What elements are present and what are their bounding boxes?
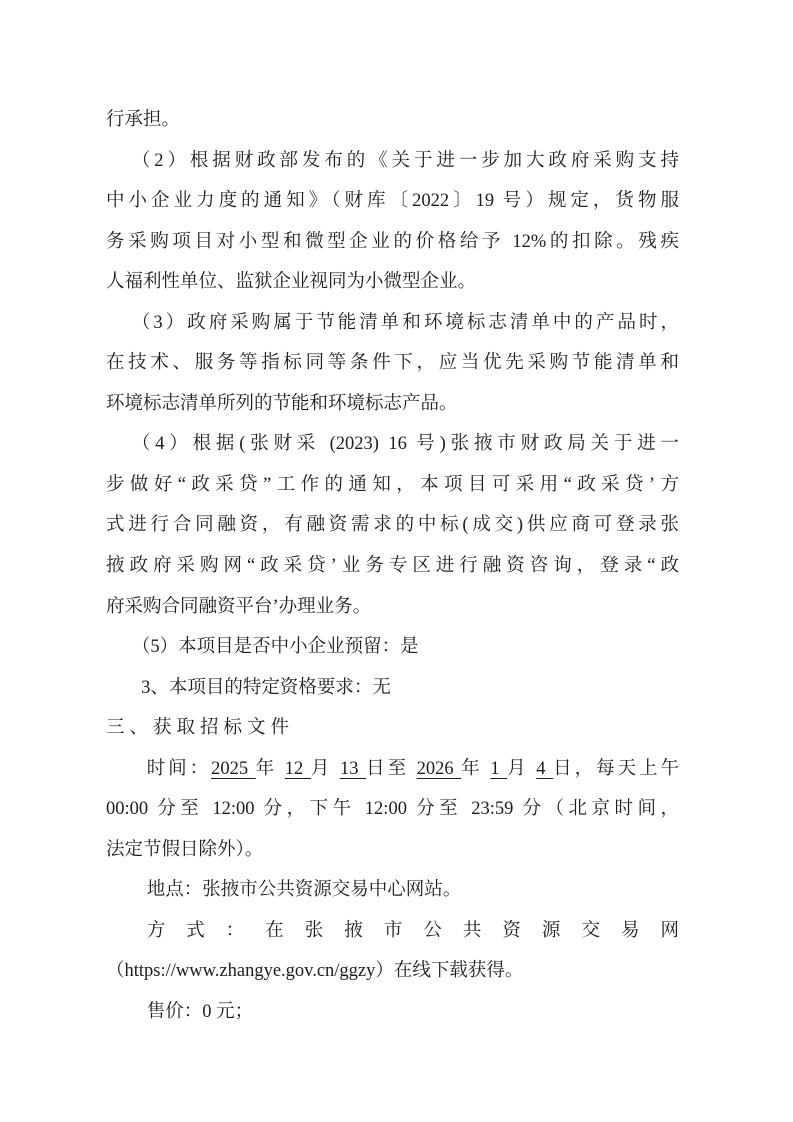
text-line: 人福利性单位、监狱企业视同为小微型企业。	[106, 262, 679, 303]
underlined-date: 2026	[417, 759, 462, 779]
text-segment: 年	[461, 759, 490, 779]
text-line: （https://www.zhangye.gov.cn/ggzy）在线下载获得。	[106, 951, 679, 992]
text-line: （2）根据财政部发布的《关于进一步加大政府采购支持	[106, 141, 679, 182]
text-segment: 月	[311, 759, 340, 779]
text-line: 式进行合同融资，有融资需求的中标(成交)供应商可登录张	[106, 505, 679, 546]
underlined-date: 12	[285, 759, 311, 779]
text-segment: 时间：	[147, 759, 211, 779]
text-line: 府采购合同融资平台’办理业务。	[106, 587, 679, 628]
text-line: 行承担。	[106, 100, 679, 141]
text-segment: 日至	[366, 759, 417, 779]
underlined-date: 2025	[211, 759, 256, 779]
text-line: 时间：2025 年 12 月 13 日至 2026 年 1 月 4 日，每天上午	[106, 749, 679, 790]
document-body: 行承担。（2）根据财政部发布的《关于进一步加大政府采购支持中小企业力度的通知》（…	[106, 100, 679, 1033]
text-line: 步做好“政采贷”工作的通知，本项目可采用“政采贷’方	[106, 465, 679, 506]
text-line: （3）政府采购属于节能清单和环境标志清单中的产品时，	[106, 303, 679, 344]
text-line: 掖政府采购网“政采贷’业务专区进行融资咨询，登录“政	[106, 546, 679, 587]
text-line: 在技术、服务等指标同等条件下，应当优先采购节能清单和	[106, 343, 679, 384]
text-line: 3、本项目的特定资格要求：无	[106, 668, 679, 709]
text-line: 法定节假日除外）。	[106, 830, 679, 871]
text-segment: 日，每天上午	[553, 759, 679, 779]
text-line: 地点：张掖市公共资源交易中心网站。	[106, 870, 679, 911]
text-line: 环境标志清单所列的节能和环境标志产品。	[106, 384, 679, 425]
text-line: 务采购项目对小型和微型企业的价格给予 12%的扣除。残疾	[106, 222, 679, 263]
text-line: （5）本项目是否中小企业预留：是	[106, 627, 679, 668]
text-line: （4）根据(张财采 (2023) 16 号)张掖市财政局关于进一	[106, 424, 679, 465]
text-line: 00:00 分至 12:00 分，下午 12:00 分至 23:59 分（北京时…	[106, 789, 679, 830]
underlined-date: 13	[340, 759, 366, 779]
underlined-date: 4	[536, 759, 553, 779]
underlined-date: 1	[490, 759, 507, 779]
text-segment: 年	[256, 759, 285, 779]
text-line: 三、获取招标文件	[106, 708, 679, 749]
text-line: 方 式 ： 在 张 掖 市 公 共 资 源 交 易 网	[106, 911, 679, 952]
text-segment: 月	[507, 759, 536, 779]
text-line: 中小企业力度的通知》（财库〔2022〕19 号）规定，货物服	[106, 181, 679, 222]
text-line: 售价：0 元；	[106, 992, 679, 1033]
document-page: 行承担。（2）根据财政部发布的《关于进一步加大政府采购支持中小企业力度的通知》（…	[0, 0, 793, 1122]
